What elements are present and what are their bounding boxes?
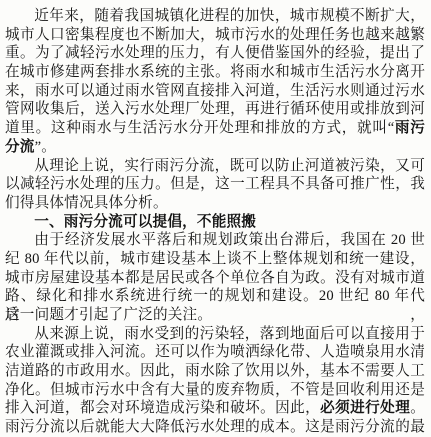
text-line: 来，雨水可以通过雨水管网直接排入河道，生活污水则通过污水 bbox=[5, 82, 425, 101]
body-text: 们得具体情况具体分析。 bbox=[5, 195, 168, 211]
body-text: 以减轻污水处理的压力。但是，这一工程具不具备可推广性，我 bbox=[5, 176, 425, 192]
body-text: 在城市修建两套排水系统的主张。将雨水和城市生活污水分离开 bbox=[5, 64, 425, 80]
text-line: 在城市修建两套排水系统的主张。将雨水和城市生活污水分离开 bbox=[5, 63, 425, 82]
text-lines: 近年来，随着我国城镇化进程的加快，城市规模不断扩大，城市人口密集程度也不断加大，… bbox=[5, 7, 425, 437]
text-line: 以减轻污水处理的压力。但是，这一工程具不具备可推广性，我 bbox=[5, 175, 425, 194]
emphasized-text: 分流 bbox=[5, 139, 35, 155]
body-text: 从理论上说，实行雨污分流，既可以防止河道被污染，又可 bbox=[34, 158, 425, 174]
body-text: 道里。这种雨水与生活污水分开处理和排放的方式，就叫“ bbox=[5, 120, 394, 136]
text-line: 道里。这种雨水与生活污水分开处理和排放的方式，就叫“雨污 bbox=[5, 119, 425, 138]
text-line: 由于经济发展水平落后和规划政策出台滞后，我国在 20 世 bbox=[5, 231, 425, 250]
text-line: 雨污分流以后就能大大降低污水处理的成本。这是雨污分流的最 bbox=[5, 418, 425, 437]
emphasized-text: 雨污 bbox=[394, 120, 425, 136]
text-line: 分流”。 bbox=[5, 138, 425, 157]
body-text: 这一问题才引起了广泛的关注。 bbox=[5, 307, 212, 323]
body-text: 近年来，随着我国城镇化进程的加快，城市规模不断扩大， bbox=[34, 8, 425, 24]
text-line: 们得具体情况具体分析。 bbox=[5, 194, 425, 213]
body-text: 纪 80 年代以前，城市建设基本上谈不上整体规划和统一建设， bbox=[5, 251, 425, 267]
text-line: 近年来，随着我国城镇化进程的加快，城市规模不断扩大， bbox=[5, 7, 425, 26]
body-text: 管网收集后，送入污水处理厂处理，再进行循环使用或排放到河 bbox=[5, 101, 425, 117]
emphasized-text: 必须进行处理 bbox=[320, 400, 410, 416]
body-text: 城市房屋建设基本都是居民或各个单位各自为政。没有对城市道 bbox=[5, 270, 425, 286]
document-page: 近年来，随着我国城镇化进程的加快，城市规模不断扩大，城市人口密集程度也不断加大，… bbox=[0, 0, 431, 437]
text-line: 重。为了减轻污水处理的压力，有人便借鉴国外的经验，提出了 bbox=[5, 44, 425, 63]
text-line: 从来源上说，雨水受到的污染轻，落到地面后可以直接用于 bbox=[5, 325, 425, 344]
text-line: 纪 80 年代以前，城市建设基本上谈不上整体规划和统一建设， bbox=[5, 250, 425, 269]
body-text: 。 bbox=[410, 400, 425, 416]
text-line: 排入河道，都会对环境造成污染和破坏。因此，必须进行处理。 bbox=[5, 399, 425, 418]
text-line: 从理论上说，实行雨污分流，既可以防止河道被污染，又可 bbox=[5, 157, 425, 176]
emphasized-text: 一、雨污分流可以提倡，不能照搬 bbox=[34, 214, 256, 230]
section-heading: 一、雨污分流可以提倡，不能照搬 bbox=[5, 213, 425, 232]
text-line: 城市房屋建设基本都是居民或各个单位各自为政。没有对城市道 bbox=[5, 269, 425, 288]
text-line: 城市人口密集程度也不断加大，城市污水的处理任务也越来越繁 bbox=[5, 26, 425, 45]
text-line: 农业灌溉或排入河流。还可以作为喷洒绿化带、人造喷泉用水清 bbox=[5, 343, 425, 362]
body-text: ”。 bbox=[35, 139, 56, 155]
text-line: 路、绿化和排水系统进行统一的规划和建设。20 世纪 80 年代后， bbox=[5, 287, 425, 306]
text-line: 净化。但城市污水中含有大量的废弃物质，不管是回收利用还是 bbox=[5, 381, 425, 400]
body-text: 从来源上说，雨水受到的污染轻，落到地面后可以直接用于 bbox=[34, 326, 425, 342]
body-text: 排入河道，都会对环境造成污染和破坏。因此， bbox=[5, 400, 320, 416]
body-text: 来，雨水可以通过雨水管网直接排入河道，生活污水则通过污水 bbox=[5, 83, 425, 99]
body-text: 净化。但城市污水中含有大量的废弃物质，不管是回收利用还是 bbox=[5, 382, 425, 398]
body-text: 由于经济发展水平落后和规划政策出台滞后，我国在 20 世 bbox=[34, 232, 425, 248]
body-text: 农业灌溉或排入河流。还可以作为喷洒绿化带、人造喷泉用水清 bbox=[5, 344, 425, 360]
body-text: 雨污分流以后就能大大降低污水处理的成本。这是雨污分流的最 bbox=[5, 419, 425, 435]
text-line: 管网收集后，送入污水处理厂处理，再进行循环使用或排放到河 bbox=[5, 100, 425, 119]
body-text: 重。为了减轻污水处理的压力，有人便借鉴国外的经验，提出了 bbox=[5, 45, 425, 61]
text-line: 洁道路的市政用水。因此，雨水除了饮用以外，基本不需要人工 bbox=[5, 362, 425, 381]
body-text: 城市人口密集程度也不断加大，城市污水的处理任务也越来越繁 bbox=[5, 27, 425, 43]
body-text: 洁道路的市政用水。因此，雨水除了饮用以外，基本不需要人工 bbox=[5, 363, 425, 379]
